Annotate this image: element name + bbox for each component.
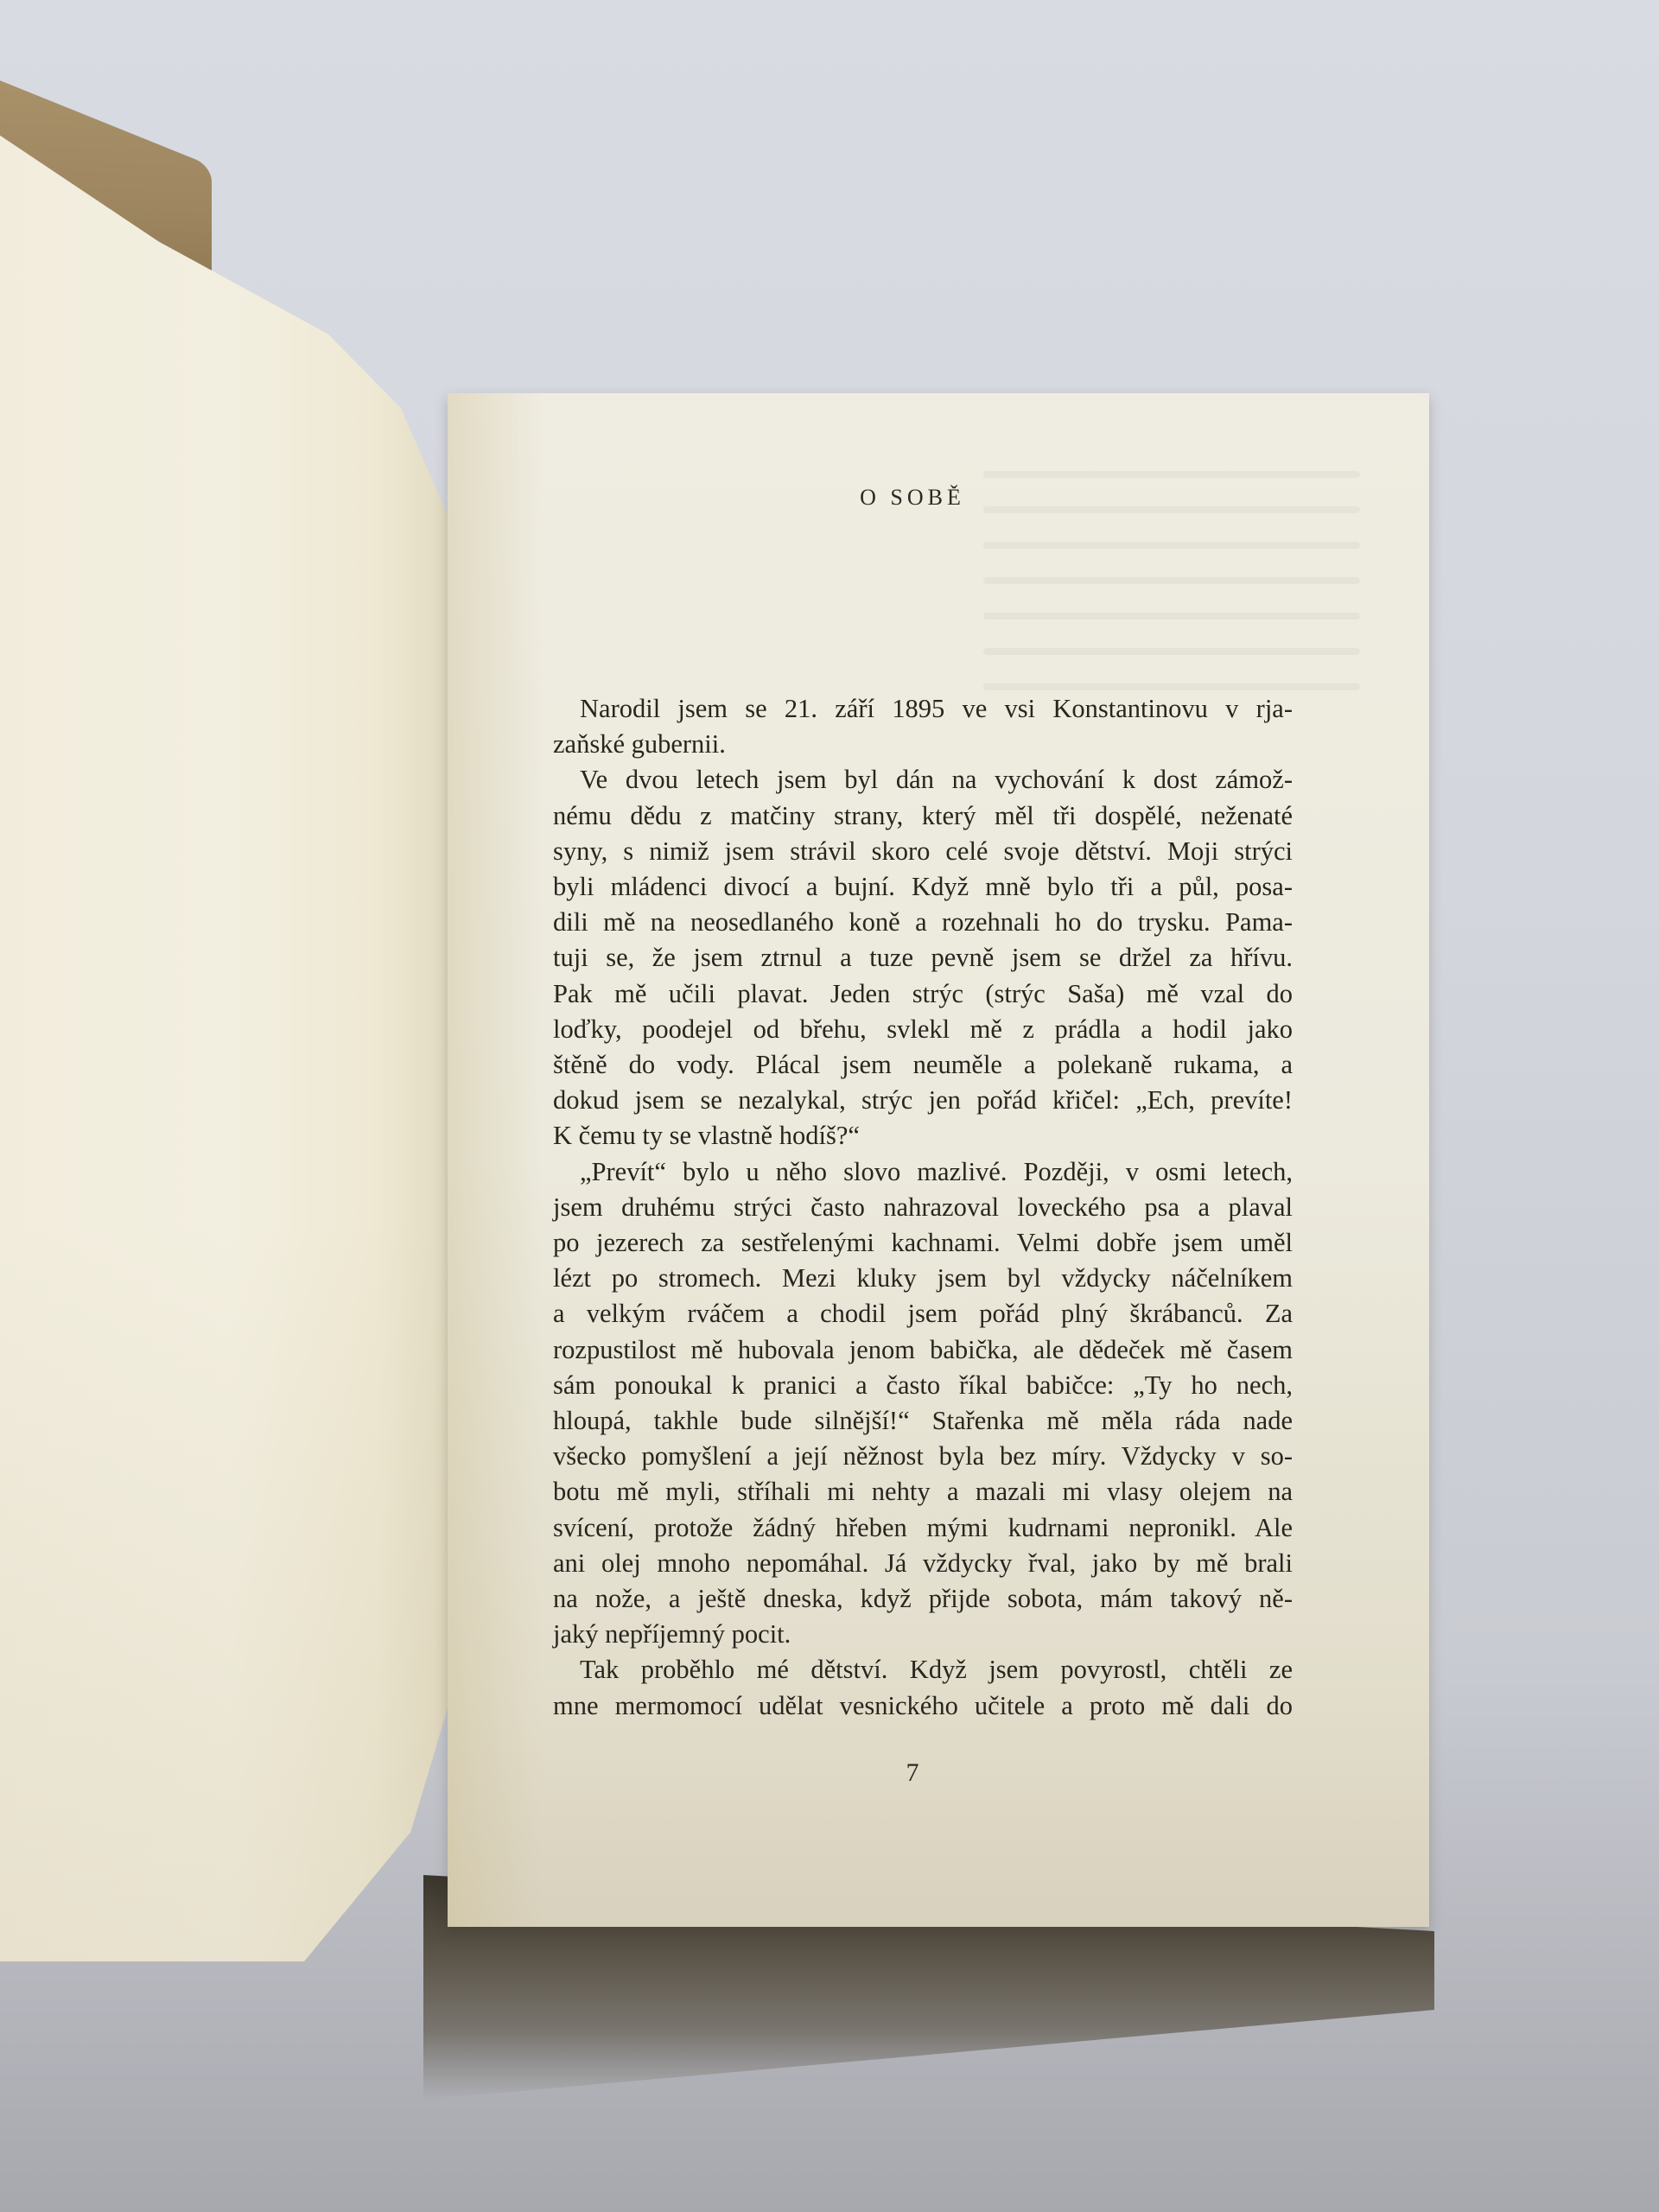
text-line: Tak proběhlo mé dětství. Když jsem povyr… xyxy=(553,1652,1293,1688)
paragraph: Ve dvou letech jsem byl dán na vychování… xyxy=(553,762,1293,1154)
text-line: nému dědu z matčiny strany, který měl tř… xyxy=(553,798,1293,834)
right-page: O SOBĚ Narodil jsem se 21. září 1895 ve … xyxy=(448,393,1429,1927)
text-line: sám ponoukal k pranici a často říkal bab… xyxy=(553,1368,1293,1403)
text-line: „Prevít“ bylo u něho slovo mazlivé. Pozd… xyxy=(553,1154,1293,1190)
text-line: a velkým rváčem a chodil jsem pořád plný… xyxy=(553,1296,1293,1332)
text-line: Pak mě učili plavat. Jeden strýc (strýc … xyxy=(553,976,1293,1012)
text-line: Ve dvou letech jsem byl dán na vychování… xyxy=(553,762,1293,798)
body-text: Narodil jsem se 21. září 1895 ve vsi Kon… xyxy=(553,691,1293,1724)
text-line: po jezerech za sestřelenými kachnami. Ve… xyxy=(553,1225,1293,1261)
text-line: botu mě myli, stříhali mi nehty a mazali… xyxy=(553,1474,1293,1510)
text-line: mne mermomocí udělat vesnického učitele … xyxy=(553,1688,1293,1724)
text-line: K čemu ty se vlastně hodíš?“ xyxy=(553,1118,1293,1154)
paragraph: Tak proběhlo mé dětství. Když jsem povyr… xyxy=(553,1652,1293,1723)
text-line: svícení, protože žádný hřeben mými kudrn… xyxy=(553,1510,1293,1546)
text-line: syny, s nimiž jsem strávil skoro celé sv… xyxy=(553,834,1293,869)
text-line: dokud jsem se nezalykal, strýc jen pořád… xyxy=(553,1083,1293,1118)
paragraph: „Prevít“ bylo u něho slovo mazlivé. Pozd… xyxy=(553,1154,1293,1653)
text-line: jsem druhému strýci často nahrazoval lov… xyxy=(553,1190,1293,1225)
text-line: byli mládenci divocí a bujní. Když mně b… xyxy=(553,869,1293,905)
text-line: na nože, a ještě dneska, když přijde sob… xyxy=(553,1581,1293,1617)
page-number: 7 xyxy=(448,1758,1429,1788)
photo-scene: O SOBĚ Narodil jsem se 21. září 1895 ve … xyxy=(0,0,1659,2212)
text-line: dili mě na neosedlaného koně a rozehnali… xyxy=(553,905,1293,940)
text-line: lézt po stromech. Mezi kluky jsem byl vž… xyxy=(553,1261,1293,1296)
text-line: všecko pomyšlení a její něžnost byla bez… xyxy=(553,1439,1293,1474)
left-page-blank xyxy=(0,112,449,1961)
text-line: loďky, poodejel od břehu, svlekl mě z pr… xyxy=(553,1012,1293,1047)
text-line: štěně do vody. Plácal jsem neuměle a pol… xyxy=(553,1047,1293,1083)
paragraph: Narodil jsem se 21. září 1895 ve vsi Kon… xyxy=(553,691,1293,762)
text-line: tuji se, že jsem ztrnul a tuze pevně jse… xyxy=(553,940,1293,976)
text-line: Narodil jsem se 21. září 1895 ve vsi Kon… xyxy=(553,691,1293,727)
text-line: zaňské gubernii. xyxy=(553,727,1293,762)
running-head: O SOBĚ xyxy=(448,485,1429,511)
text-line: ani olej mnoho nepomáhal. Já vždycky řva… xyxy=(553,1546,1293,1581)
text-line: jaký nepříjemný pocit. xyxy=(553,1617,1293,1652)
text-line: hloupá, takhle bude silnější!“ Stařenka … xyxy=(553,1403,1293,1439)
text-line: rozpustilost mě hubovala jenom babička, … xyxy=(553,1332,1293,1368)
